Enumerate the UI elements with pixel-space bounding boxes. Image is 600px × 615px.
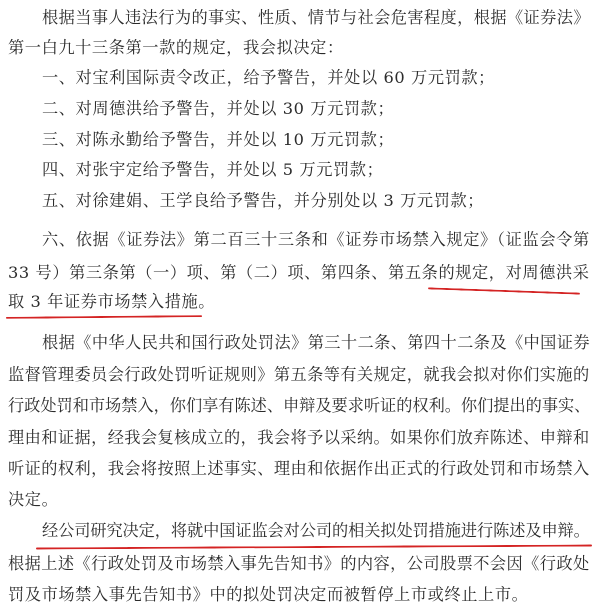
- document-text-line: 六、依据《证券法》第二百三十三条和《证券市场禁入规定》（证监会令第: [42, 230, 590, 250]
- document-text-line: 决定。: [8, 490, 58, 510]
- document-text-line: 根据《中华人民共和国行政处罚法》第三十二条、第四十二条及《中国证券: [42, 333, 590, 353]
- red-underline-market-ban-highlight-part2: [6, 315, 202, 319]
- document-text-line: 二、对周德洪给予警告，并处以 30 万元罚款；: [42, 99, 394, 119]
- document-text-line: 根据当事人违法行为的事实、性质、情节与社会危害程度，根据《证券法》: [42, 8, 590, 28]
- document-text-line: 经公司研究决定，将就中国证监会对公司的相关拟处罚措施进行陈述及申辩。: [42, 521, 590, 541]
- document-text-line: 一、对宝利国际责令改正，给予警告，并处以 60 万元罚款；: [42, 68, 495, 88]
- document-text-line: 33 号）第三条第（一）项、第（二）项、第四条、第五条的规定，对周德洪采: [8, 263, 590, 283]
- document-text-line: 行政处罚和市场禁入，你们享有陈述、申辩及要求听证的权利。你们提出的事实、: [8, 396, 590, 416]
- document-text-line: 听证的权利，我会将按照上述事实、理由和依据作出正式的行政处罚和市场禁入: [8, 459, 590, 479]
- document-text-line: 根据上述《行政处罚及市场禁入事先告知书》的内容，公司股票不会因《行政处: [8, 554, 590, 574]
- document-text-line: 四、对张宇定给予警告，并处以 5 万元罚款；: [42, 160, 383, 180]
- document-text-line: 第一白九十三条第一款的规定，我会拟决定：: [8, 38, 344, 58]
- document-text-line: 理由和证据，经我会复核成立的，我会将予以采纳。如果你们放弃陈述、申辩和: [8, 428, 590, 448]
- document-text-line: 三、对陈永勤给予警告，并处以 10 万元罚款；: [42, 130, 394, 150]
- red-underline-market-ban-highlight-part1: [428, 287, 580, 294]
- document-text-line: 罚及市场禁入事先告知书》中的拟处罚决定而被暂停上市或终止上市。: [8, 585, 528, 605]
- red-underline-company-statement-highlight: [36, 545, 592, 550]
- document-text-line: 监督管理委员会行政处罚听证规则》第五条等有关规定，就我会拟对你们实施的: [8, 365, 590, 385]
- document-text-line: 五、对徐建娟、王学良给予警告，并分别处以 3 万元罚款；: [42, 191, 484, 211]
- document-text-line: 取 3 年证券市场禁入措施。: [8, 292, 215, 312]
